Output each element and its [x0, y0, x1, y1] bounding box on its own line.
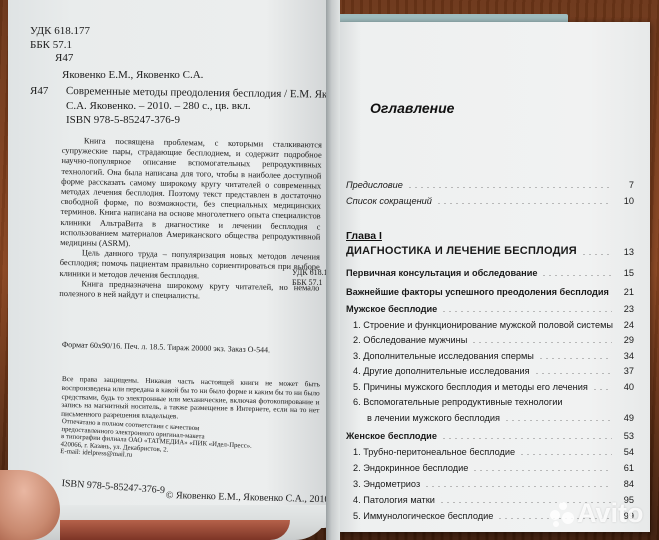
avito-logo-icon [550, 502, 574, 526]
toc-label: Важнейшие факторы успешного преодоления … [346, 287, 609, 297]
toc-label: 1. Трубно-перитонеальное бесплодие [346, 447, 515, 457]
abstract-paragraph: Цель данного труда – популяризация новых… [60, 248, 320, 283]
toc-page: 10 [616, 196, 634, 206]
toc-row-chapter-title: ДИАГНОСТИКА И ЛЕЧЕНИЕ БЕСПЛОДИЯ 13 [346, 245, 634, 257]
bibliographic-publication: С.А. Яковенко. – 2010. – 280 с., цв. вкл… [66, 100, 251, 112]
isbn: ISBN 978-5-85247-376-9 [66, 114, 180, 126]
udk-code: УДК 618.177 ББК 57.1 [30, 24, 90, 52]
toc-page: 53 [616, 431, 634, 441]
rights-notice: Все права защищены. Никакая часть настоя… [61, 375, 320, 424]
toc-page: 7 [616, 180, 634, 190]
leader-dots [436, 203, 612, 204]
toc-page: 49 [616, 413, 634, 423]
leader-dots [441, 438, 612, 439]
author-mark: Я47 [55, 52, 73, 64]
toc-page: 21 [617, 287, 634, 297]
toc-label: в лечении мужского бесплодия [346, 413, 500, 423]
leader-dots [538, 358, 612, 359]
toc-row-section: Первичная консультация и обследование 15 [346, 268, 634, 278]
toc-row-male-item: 3. Дополнительные исследования спермы 34 [346, 351, 634, 361]
toc-page: 54 [616, 447, 634, 457]
toc-page: 29 [616, 335, 634, 345]
leader-dots [592, 389, 612, 390]
toc-label: 1. Строение и функционирование мужской п… [346, 320, 613, 330]
toc-label: Первичная консультация и обследование [346, 268, 537, 278]
toc-row-preface: Предисловие 7 [346, 180, 634, 190]
toc-page: 15 [616, 268, 634, 278]
toc-page: 84 [616, 479, 634, 489]
toc-page: 40 [616, 382, 634, 392]
hand-under-page [60, 520, 290, 540]
book-gutter [326, 0, 340, 540]
toc-label: Мужское бесплодие [346, 304, 437, 314]
toc-label: 2. Обследование мужчины [346, 335, 467, 345]
toc-label: 3. Дополнительные исследования спермы [346, 351, 534, 361]
leader-dots [424, 486, 612, 487]
avito-watermark: Avito [550, 498, 644, 529]
toc-label: Список сокращений [346, 196, 432, 206]
toc-label: 5. Причины мужского бесплодия и методы е… [346, 382, 588, 392]
leader-dots [407, 187, 612, 188]
toc-row-male-item-6-line2: в лечении мужского бесплодия 49 [346, 413, 634, 423]
toc-title: Оглавление [370, 100, 454, 116]
leader-dots [541, 275, 612, 276]
toc-label: 4. Патология матки [346, 495, 435, 505]
toc-page: 13 [616, 247, 634, 257]
author-mark-2: Я47 [30, 85, 48, 97]
leader-dots [441, 311, 612, 312]
toc-row-male-item: 2. Обследование мужчины 29 [346, 335, 634, 345]
toc-page: 34 [616, 351, 634, 361]
toc-row-female-item: 1. Трубно-перитонеальное бесплодие 54 [346, 447, 634, 457]
toc-row-male-item: 1. Строение и функционирование мужской п… [346, 320, 634, 330]
leader-dots [472, 470, 612, 471]
toc-label: 5. Иммунологическое бесплодие [346, 511, 493, 521]
toc-page: 23 [616, 304, 634, 314]
bbk-text: ББК 57.1 [30, 38, 90, 52]
udk-text: УДК 618.177 [30, 24, 90, 38]
abstract: Книга посвящена проблемам, с которыми ст… [59, 136, 322, 304]
toc-page: 24 [621, 320, 634, 330]
leader-dots [471, 342, 612, 343]
toc-label: 6. Вспомогательные репродуктивные технол… [346, 397, 563, 407]
toc-page: 37 [616, 366, 634, 376]
toc-row-abbreviations: Список сокращений 10 [346, 196, 634, 206]
toc-label: Женское бесплодие [346, 431, 437, 441]
authors: Яковенко Е.М., Яковенко С.А. [62, 69, 203, 81]
toc-row-female-item: 3. Эндометриоз 84 [346, 479, 634, 489]
toc-label: ДИАГНОСТИКА И ЛЕЧЕНИЕ БЕСПЛОДИЯ [346, 245, 577, 257]
leader-dots [581, 254, 612, 255]
toc-row-male-item: 4. Другие дополнительные исследования 37 [346, 366, 634, 376]
leader-dots [519, 454, 612, 455]
toc-label: 4. Другие дополнительные исследования [346, 366, 530, 376]
toc-page: 61 [616, 463, 634, 473]
avito-watermark-text: Avito [577, 498, 644, 529]
leader-dots [504, 420, 612, 421]
toc-row-male-item-6-line1: 6. Вспомогательные репродуктивные технол… [346, 397, 634, 407]
toc-row-male-item: 5. Причины мужского бесплодия и методы е… [346, 382, 634, 392]
toc-label: 3. Эндометриоз [346, 479, 420, 489]
toc-label: Предисловие [346, 180, 403, 190]
abstract-paragraph: Книга посвящена проблемам, с которыми ст… [60, 136, 322, 253]
chapter-label: Глава I [346, 230, 382, 242]
toc-label: 2. Эндокринное бесплодие [346, 463, 468, 473]
toc-row-section: Важнейшие факторы успешного преодоления … [346, 287, 634, 297]
leader-dots [534, 373, 612, 374]
toc-row-female-item: 2. Эндокринное бесплодие 61 [346, 463, 634, 473]
toc-row-female-infertility: Женское бесплодие 53 [346, 431, 634, 441]
toc-row-male-infertility: Мужское бесплодие 23 [346, 304, 634, 314]
